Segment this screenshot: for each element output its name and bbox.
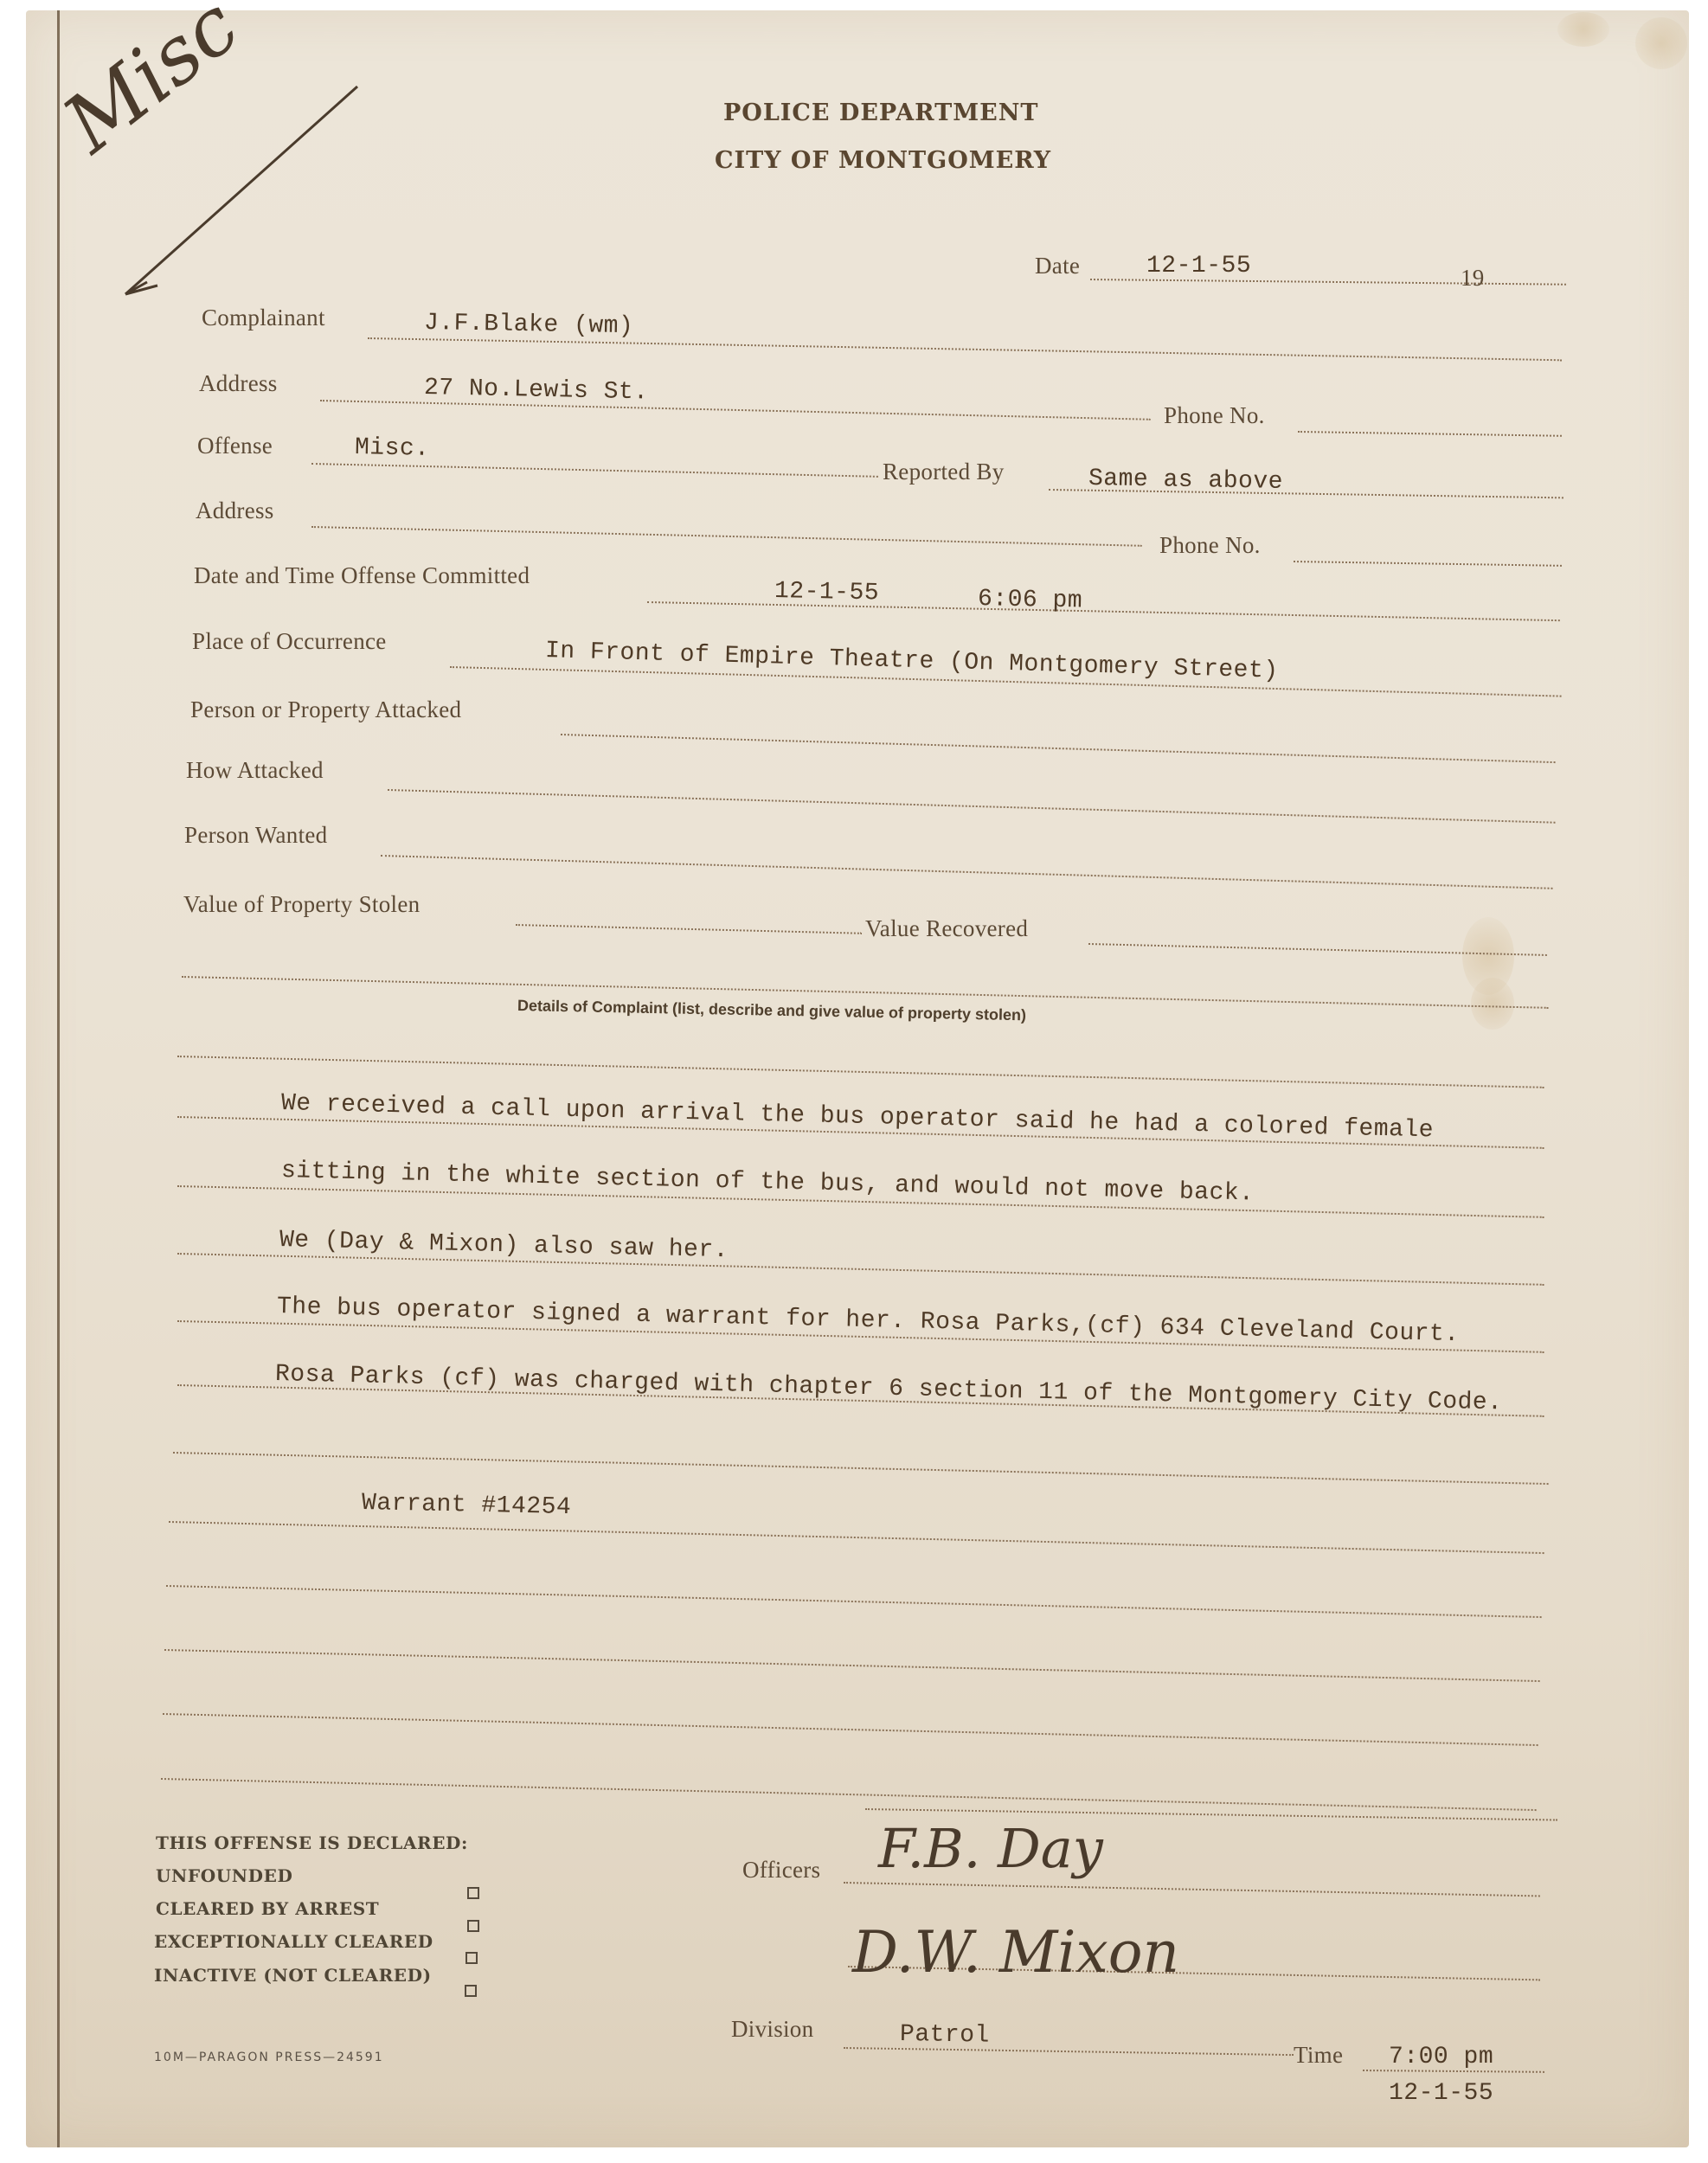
place-of-occurrence-label: Place of Occurrence: [192, 628, 387, 655]
value-stolen-label: Value of Property Stolen: [183, 891, 420, 918]
stain: [1635, 17, 1687, 69]
printer-mark: 10M—PARAGON PRESS—24591: [154, 2051, 384, 2064]
offense-label: Offense: [197, 433, 273, 459]
time-value[interactable]: 7:00 pm: [1389, 2044, 1493, 2070]
phone-2-label: Phone No.: [1159, 532, 1261, 559]
person-wanted-label: Person Wanted: [184, 822, 327, 849]
header-police-department: POLICE DEPARTMENT: [723, 99, 1038, 126]
officers-label: Officers: [742, 1857, 820, 1884]
disposition-exceptionally-cleared-label: EXCEPTIONALLY CLEARED: [154, 1931, 433, 1952]
complainant-label: Complainant: [202, 305, 325, 331]
arrow-icon: [112, 78, 372, 303]
address-value[interactable]: 27 No.Lewis St.: [424, 375, 649, 406]
disposition-exceptionally-cleared-checkbox[interactable]: [466, 1952, 478, 1964]
reported-by-label: Reported By: [883, 459, 1005, 485]
how-attacked-label: How Attacked: [186, 757, 324, 784]
header-city: CITY OF MONTGOMERY: [715, 147, 1051, 174]
address-label: Address: [199, 370, 278, 397]
time-label: Time: [1294, 2042, 1343, 2069]
warrant-number: Warrant #14254: [362, 1490, 572, 1521]
time-date-value: 12-1-55: [1389, 2080, 1493, 2107]
time-committed-value[interactable]: 6:06 pm: [978, 586, 1083, 615]
complainant-value[interactable]: J.F.Blake (wm): [424, 310, 634, 340]
officer-signature-mixon: D.W. Mixon: [852, 1919, 1179, 1986]
disposition-inactive-label: INACTIVE (NOT CLEARED): [154, 1965, 432, 1986]
division-value[interactable]: Patrol: [900, 2021, 990, 2050]
value-recovered-label: Value Recovered: [865, 915, 1028, 942]
officer-signature-day: F.B. Day: [878, 1817, 1103, 1880]
stain: [1471, 978, 1514, 1030]
disposition-cleared-by-arrest-label: CLEARED BY ARREST: [156, 1898, 379, 1919]
disposition-inactive-checkbox[interactable]: [465, 1985, 477, 1997]
disposition-cleared-by-arrest-checkbox[interactable]: [467, 1920, 479, 1932]
division-label: Division: [731, 2016, 813, 2043]
offense-value[interactable]: Misc.: [355, 434, 430, 463]
reported-by-value[interactable]: Same as above: [1088, 465, 1283, 496]
person-property-attacked-label: Person or Property Attacked: [190, 696, 461, 723]
margin-rule: [57, 10, 60, 2147]
disposition-unfounded-checkbox[interactable]: [467, 1887, 479, 1899]
date-time-committed-label: Date and Time Offense Committed: [194, 562, 530, 589]
date-committed-value[interactable]: 12-1-55: [774, 578, 880, 607]
date-label: Date: [1035, 253, 1080, 279]
address-2-label: Address: [196, 497, 274, 524]
stain: [1557, 12, 1609, 47]
date-value[interactable]: 12-1-55: [1146, 253, 1251, 279]
disposition-heading: THIS OFFENSE IS DECLARED:: [156, 1832, 468, 1853]
phone-1-label: Phone No.: [1164, 402, 1265, 429]
year-prefix: 19: [1461, 265, 1485, 292]
disposition-unfounded-label: UNFOUNDED: [156, 1865, 292, 1886]
